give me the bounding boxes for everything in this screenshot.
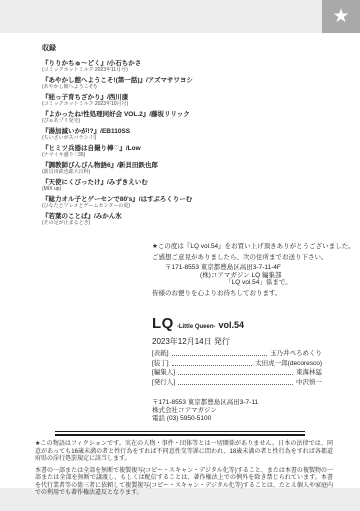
credit-name: 玉乃井ぺろめくり <box>270 350 322 358</box>
letters-attn: 「LQ vol.54」係まで。 <box>152 279 358 287</box>
credit-name: 東海林猛 <box>296 369 322 377</box>
bookmark-star-button[interactable]: ★ <box>322 0 360 33</box>
toc-item: 『りりかちゅ〜どく』/小石ちかさ (コミックホットミルク 2023年11月号) <box>42 60 202 73</box>
credit-label: [編集人] <box>152 369 175 377</box>
issue-date: 2023年12月14日 発行 <box>152 336 244 347</box>
credit-label: [表紙] <box>152 350 169 358</box>
legal-disclaimer: ★この物語はフィクションです。実在の人物・事件・団体等とは一切関係がありません。… <box>35 441 333 502</box>
toc-item: 『あやかし館へようこそ!(第一話)』/アズマサワヨシ (あやかし館へようこそ!) <box>42 77 202 90</box>
double-divider-rule <box>55 431 305 436</box>
table-of-contents: 収録 『りりかちゅ〜どく』/小石ちかさ (コミックホットミルク 2023年11月… <box>42 43 202 230</box>
toc-item-title: 『あやかし館へようこそ!(第一話)』/アズマサワヨシ <box>42 77 202 84</box>
letters-postal: 〒171-8553 東京都豊島区高田3-7-11-4F <box>152 264 358 272</box>
toc-item-title: 『天使にくびったけ』/みずきえいむ <box>42 179 202 186</box>
title-volume: vol.54 <box>219 320 245 330</box>
toc-item-source: (新貝田鉄也郎大百科) <box>42 170 202 175</box>
publisher-telephone: 電話 (03) 5950-5100 <box>152 415 258 423</box>
star-icon: ★ <box>332 7 349 26</box>
colophon-page: ★ 収録 『りりかちゅ〜どく』/小石ちかさ (コミックホットミルク 2023年1… <box>0 0 360 511</box>
toc-item-source: (ちいさいがスバラシイ!) <box>42 136 202 141</box>
toc-heading: 収録 <box>42 43 202 53</box>
title-main: LQ <box>152 315 174 332</box>
toc-item: 『若葉のことば』/みかん氷 (その足が止まるとき) <box>42 213 202 226</box>
title-subtitle: -Little Queen- <box>177 324 216 330</box>
reader-letters-block: ★この度は『LQ vol.54』をお買い上げ頂きありがとうございました。 ご感想… <box>152 243 358 297</box>
toc-item: 『調教師びんびん物語6』/新貝田鉄也郎 (新貝田鉄也郎大百科) <box>42 162 202 175</box>
credit-label: [発行人] <box>152 379 175 387</box>
toc-item-source: (あやかし館へようこそ!) <box>42 85 202 90</box>
toc-item: 『湯加減いかが!?』/EB110SS (ちいさいがスバラシイ!) <box>42 128 202 141</box>
toc-item-title: 『湯加減いかが!?』/EB110SS <box>42 128 202 135</box>
toc-item-source: (ひなたとワレメとゲームセンターの夏) <box>42 204 202 209</box>
credit-name: 太田虎一郎(decoresco) <box>255 360 322 368</box>
publication-title: LQ -Little Queen- vol.54 <box>152 315 244 332</box>
toc-item-source: (MIX up) <box>42 187 202 192</box>
publisher-name: 株式会社コアマガジン <box>152 407 258 415</box>
feedback-request-text: ご感想ご意見がありましたら、次の住所までお送り下さい。 <box>152 254 358 262</box>
dotted-leader <box>178 373 293 375</box>
credit-row: [装丁] 太田虎一郎(decoresco) <box>152 360 322 368</box>
credit-name: 中沢慎一 <box>296 379 322 387</box>
toc-item-source: (ぴゅあプリ発売) <box>42 119 202 124</box>
fiction-disclaimer-text: ★この物語はフィクションです。実在の人物・事件・団体等とは一切関係がありません。… <box>35 441 333 464</box>
credit-row: [編集人] 東海林猛 <box>152 369 322 377</box>
toc-item: 『ヒミツ兵器は自撮り棒♡』/Low (ナマイキ盛り♡35) <box>42 145 202 158</box>
toc-item-title: 『ヒミツ兵器は自撮り棒♡』/Low <box>42 145 202 152</box>
toc-item-title: 『総力オル子とゲーセンで80's』/はすぶろくりーむ <box>42 196 202 203</box>
toc-item: 『よかったね!性処理同好会 VOL.2』/藤坂リリック (ぴゅあプリ発売) <box>42 111 202 124</box>
toc-item-source: (コミックホットミルク 2023年10月号) <box>42 102 202 107</box>
dotted-leader <box>178 383 293 385</box>
toc-item: 『総力オル子とゲーセンで80's』/はすぶろくりーむ (ひなたとワレメとゲームセ… <box>42 196 202 209</box>
toc-item-source: (コミックホットミルク 2023年11月号) <box>42 68 202 73</box>
toc-item-title: 『調教師びんびん物語6』/新貝田鉄也郎 <box>42 162 202 169</box>
toc-item-source: (ナマイキ盛り♡35) <box>42 153 202 158</box>
toc-item-title: 『姪っ子育ちざかり』/西川康 <box>42 94 202 101</box>
toc-item: 『天使にくびったけ』/みずきえいむ (MIX up) <box>42 179 202 192</box>
credit-label: [装丁] <box>152 360 169 368</box>
toc-item: 『姪っ子育ちざかり』/西川康 (コミックホットミルク 2023年10月号) <box>42 94 202 107</box>
publication-title-block: LQ -Little Queen- vol.54 2023年12月14日 発行 <box>152 315 244 347</box>
credit-row: [表紙] 玉乃井ぺろめくり <box>152 350 322 358</box>
toc-item-title: 『若葉のことば』/みかん氷 <box>42 213 202 220</box>
dotted-leader <box>172 364 253 366</box>
publisher-address-block: 〒171-8553 東京都豊島区高田3-7-11 株式会社コアマガジン 電話 (… <box>152 399 258 423</box>
letters-dept: (株)コアマガジン LQ 編集部 <box>152 272 358 280</box>
toc-item-source: (その足が止まるとき) <box>42 221 202 226</box>
thanks-text: ★この度は『LQ vol.54』をお買い上げ頂きありがとうございました。 <box>152 243 358 251</box>
top-band <box>0 0 360 33</box>
letters-closing: 皆様のお便りを心よりお待ちしております。 <box>152 290 358 298</box>
publisher-postal: 〒171-8553 東京都豊島区高田3-7-11 <box>152 399 258 407</box>
toc-item-title: 『よかったね!性処理同好会 VOL.2』/藤坂リリック <box>42 111 202 118</box>
toc-item-title: 『りりかちゅ〜どく』/小石ちかさ <box>42 60 202 67</box>
copyright-notice-text: 本書の一部または全部を無断で複製複写(コピー・スキャン・デジタル化等)すること、… <box>35 468 333 498</box>
dotted-leader <box>172 354 267 356</box>
credit-row: [発行人] 中沢慎一 <box>152 379 322 387</box>
credits-list: [表紙] 玉乃井ぺろめくり [装丁] 太田虎一郎(decoresco) [編集人… <box>152 350 322 388</box>
